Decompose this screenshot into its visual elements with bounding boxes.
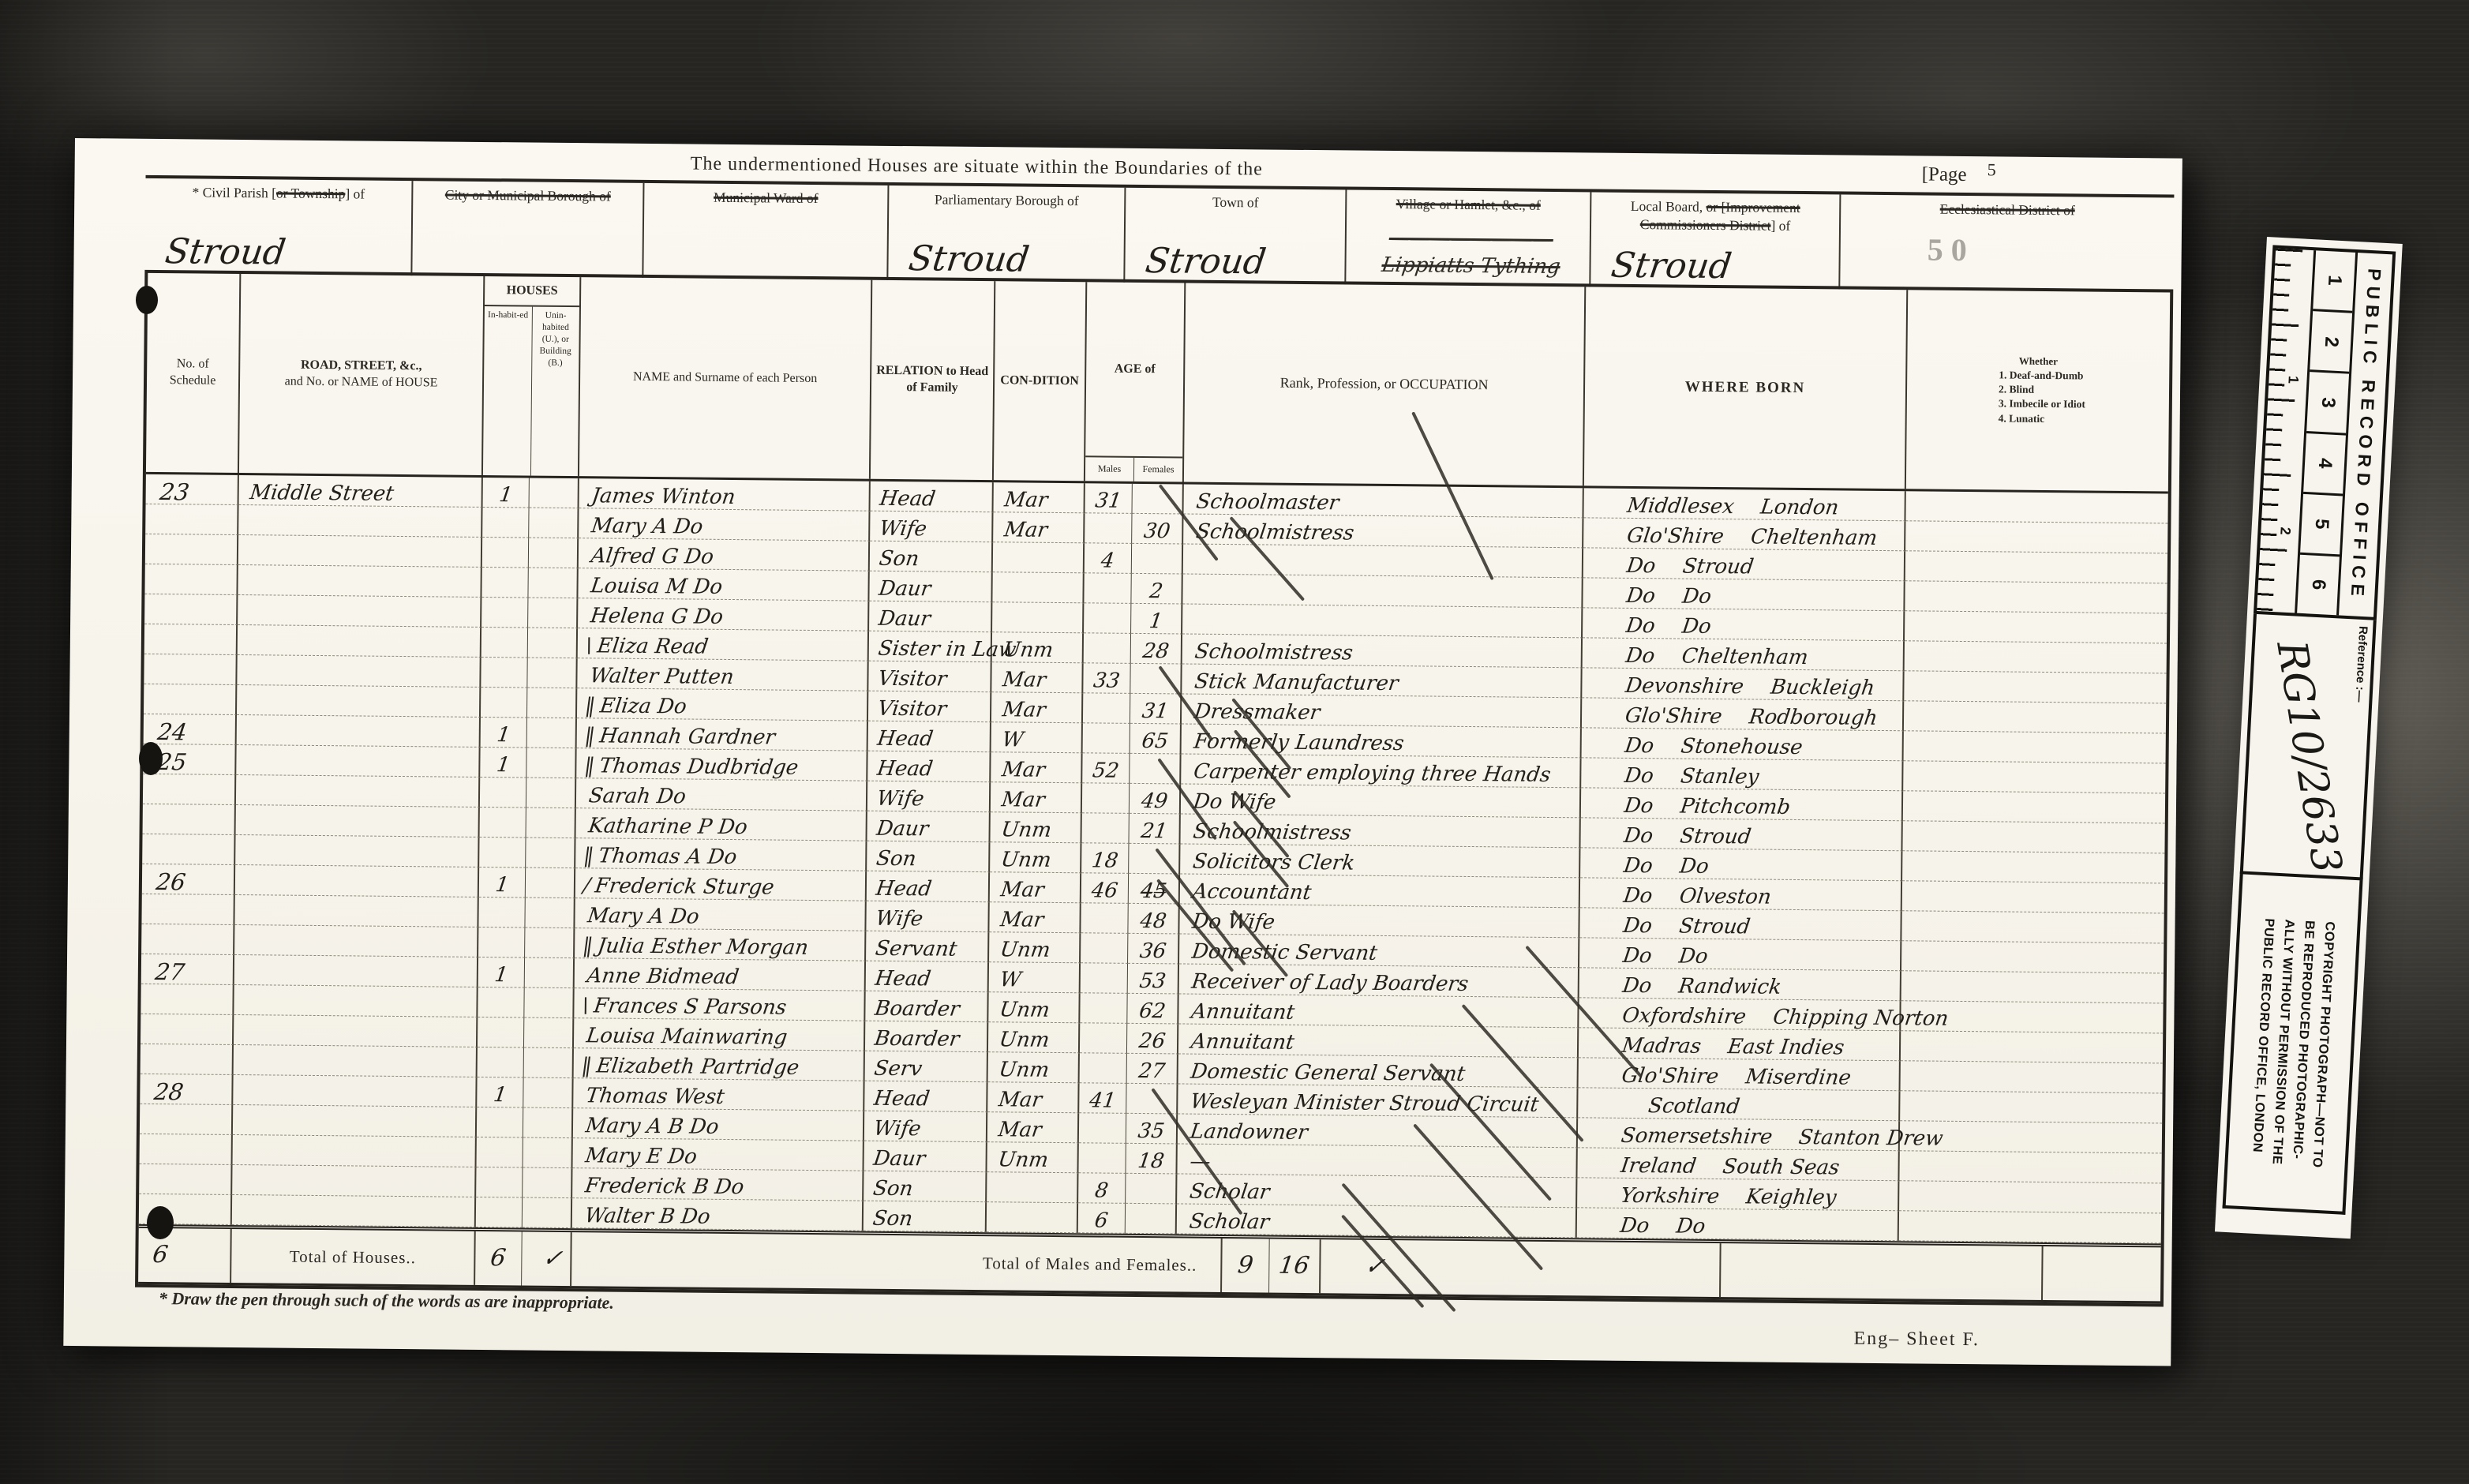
field-town: Town of Stroud xyxy=(1125,188,1347,285)
cell-inhabited xyxy=(481,688,527,718)
cell-age-male: 18 xyxy=(1081,843,1129,874)
cell-name: ‖Elizabeth Partridge xyxy=(574,1048,865,1081)
cell-age-female xyxy=(1126,1174,1177,1205)
cell-schedule xyxy=(140,1104,233,1135)
cell-uninhabited xyxy=(523,1168,572,1199)
total-houses-value: 6 xyxy=(475,1231,523,1286)
cell-occupation: Accountant xyxy=(1180,874,1580,908)
sheet-mark: Eng– Sheet F. xyxy=(1853,1328,1980,1351)
cell-uninhabited xyxy=(529,508,579,539)
pro-copyright-box: COPYRIGHT PHOTOGRAPH—NOT TO BE REPRODUCE… xyxy=(2223,874,2363,1215)
cell-where-born: DoDo xyxy=(1577,1208,1899,1241)
cell-where-born: MiddlesexLondon xyxy=(1583,488,1905,521)
cell-age-male xyxy=(1079,1113,1126,1144)
cell-age-female: 21 xyxy=(1129,814,1180,845)
cell-where-born: DoDo xyxy=(1580,848,1902,881)
cell-age-female: 48 xyxy=(1128,904,1179,935)
cell-inhabited: 1 xyxy=(481,718,527,748)
cell-name: Mary A Do xyxy=(575,898,866,931)
cell-where-born: DevonshireBuckleigh xyxy=(1582,668,1904,701)
cell-age-male xyxy=(1083,693,1130,724)
cell-uninhabited xyxy=(528,598,578,629)
total-houses-label: Total of Houses.. xyxy=(231,1229,476,1285)
cell-inhabited xyxy=(478,927,525,958)
field-ecclesiastical: Ecclesiastical District of xyxy=(1840,194,2174,292)
header-occupation: Rank, Profession, or OCCUPATION xyxy=(1184,283,1586,486)
local-board-value: Stroud xyxy=(1611,245,1731,287)
cell-inhabited xyxy=(481,568,528,598)
cell-uninhabited xyxy=(523,1198,572,1229)
cell-condition xyxy=(992,572,1084,603)
cell-condition: W xyxy=(991,722,1083,753)
cell-whether xyxy=(1903,761,2165,793)
cell-whether xyxy=(1904,701,2166,733)
cell-whether xyxy=(1902,851,2164,883)
cell-schedule xyxy=(140,1014,234,1045)
cell-relation: Boarder xyxy=(865,1021,988,1052)
cell-road xyxy=(238,625,481,658)
field-village: Village or Hamlet, &c., of ———————— Lipp… xyxy=(1346,189,1591,287)
cell-whether xyxy=(1901,941,2164,973)
punch-hole xyxy=(136,286,158,314)
total-houses-tick: ✓ xyxy=(522,1232,572,1287)
cell-age-female: 27 xyxy=(1127,1054,1178,1085)
cell-relation: Son xyxy=(864,1171,987,1202)
document-title: The undermentioned Houses are situate wi… xyxy=(691,153,1263,180)
cell-road xyxy=(234,1015,478,1047)
cell-where-born: DoStonehouse xyxy=(1582,728,1904,761)
cell-relation: Head xyxy=(866,961,989,992)
cell-occupation: Schoolmaster xyxy=(1183,485,1583,519)
cell-schedule: 26 xyxy=(142,864,235,895)
cell-relation: Boarder xyxy=(865,991,988,1022)
reference-value: RG10/2633 xyxy=(2267,638,2351,876)
field-parliamentary-borough: Parliamentary Borough of Stroud xyxy=(888,185,1126,283)
cell-age-male: 41 xyxy=(1079,1083,1126,1114)
cell-condition xyxy=(993,542,1085,573)
cell-occupation xyxy=(1182,575,1583,609)
cell-age-male xyxy=(1080,1053,1127,1084)
cell-road xyxy=(233,1135,477,1167)
cell-road xyxy=(237,655,481,688)
cell-name: Alfred G Do xyxy=(579,538,870,571)
cell-condition: Mar xyxy=(991,662,1083,693)
cell-age-male: 4 xyxy=(1085,543,1132,574)
town-value: Stroud xyxy=(1145,241,1265,282)
cell-schedule xyxy=(145,504,238,535)
cell-condition: Mar xyxy=(990,872,1081,903)
cell-road xyxy=(237,685,481,718)
cell-age-male xyxy=(1081,933,1128,964)
cell-age-male xyxy=(1080,1023,1127,1054)
cell-where-born: Glo'ShireRodborough xyxy=(1582,698,1904,731)
cell-uninhabited xyxy=(524,1048,574,1079)
cell-inhabited xyxy=(478,898,525,928)
header-houses: HOUSES In-habit-ed Unin-habited (U.), or… xyxy=(483,276,581,476)
cell-occupation: Landowner xyxy=(1178,1114,1578,1148)
cell-whether xyxy=(1900,1121,2162,1153)
cell-where-born: OxfordshireChipping Norton xyxy=(1579,998,1901,1031)
cell-relation: Head xyxy=(871,482,994,512)
cell-relation: Head xyxy=(867,751,991,782)
cell-road xyxy=(234,925,478,957)
cell-age-male xyxy=(1078,1143,1126,1174)
cell-whether xyxy=(1905,611,2167,643)
cell-occupation: Solicitors Clerk xyxy=(1180,844,1580,878)
cell-relation: Servant xyxy=(866,931,989,962)
cell-road xyxy=(234,895,478,927)
cell-age-male xyxy=(1080,993,1127,1024)
field-local-board: Local Board, or [ImprovementCommissioner… xyxy=(1590,192,1841,289)
cell-name: ‖Thomas A Do xyxy=(575,838,867,871)
cell-age-female: 1 xyxy=(1131,604,1182,635)
cell-road xyxy=(237,715,481,748)
cell-relation: Son xyxy=(870,542,993,572)
header-schedule: No. ofSchedule xyxy=(146,273,241,473)
cell-inhabited xyxy=(482,538,529,568)
cell-schedule: 23 xyxy=(146,474,239,505)
cell-uninhabited xyxy=(528,568,578,599)
cell-age-female: 62 xyxy=(1127,994,1178,1025)
cell-schedule xyxy=(143,804,236,835)
cell-uninhabited xyxy=(527,658,577,689)
cell-uninhabited xyxy=(523,1108,573,1139)
page-number: 5 xyxy=(1988,159,1996,179)
cell-inhabited xyxy=(481,628,528,658)
cell-inhabited xyxy=(476,1167,523,1198)
punch-hole xyxy=(139,742,163,775)
header-where-born: WHERE BORN xyxy=(1584,287,1908,489)
cell-age-female xyxy=(1132,544,1183,575)
cell-age-male xyxy=(1082,783,1130,814)
header-name: NAME and Surname of each Person xyxy=(579,277,872,479)
cell-schedule xyxy=(144,564,238,595)
pro-ruler: 1 2 1 2 3 4 5 6 PUBLIC RECORD OFFICE xyxy=(2254,245,2396,620)
cell-relation: Head xyxy=(867,871,990,902)
total-females: 16 xyxy=(1269,1239,1321,1294)
cell-relation: Daur xyxy=(869,601,992,632)
cell-road: Middle Street xyxy=(239,475,483,508)
table-header: No. ofSchedule ROAD, STREET, &c.,and No.… xyxy=(146,273,2170,494)
cell-relation: Visitor xyxy=(868,661,991,692)
cell-condition xyxy=(987,1172,1078,1203)
cell-road xyxy=(238,505,482,538)
cell-uninhabited xyxy=(526,808,576,839)
cell-where-born: DoStroud xyxy=(1579,908,1901,941)
cell-relation: Daur xyxy=(869,571,992,602)
cell-condition: Mar xyxy=(994,482,1085,513)
cell-uninhabited xyxy=(528,628,578,659)
cell-name: ‖Eliza Do xyxy=(577,688,868,721)
cell-inhabited: 1 xyxy=(477,1077,523,1108)
cell-age-female: 18 xyxy=(1126,1144,1177,1175)
cell-whether xyxy=(1905,581,2167,613)
pro-reference-strip: 1 2 1 2 3 4 5 6 PUBLIC RECORD OFFICE Ref… xyxy=(2215,237,2403,1239)
header-road: ROAD, STREET, &c.,and No. or NAME of HOU… xyxy=(239,274,485,475)
cell-whether xyxy=(1904,671,2166,703)
cell-where-born: DoStroud xyxy=(1580,818,1902,851)
cell-inhabited xyxy=(477,1137,523,1168)
cell-schedule xyxy=(140,1044,234,1075)
cell-road xyxy=(235,865,479,898)
table-body: 23 Middle Street 1 James Winton Head Mar… xyxy=(139,474,2168,1244)
cell-whether xyxy=(1903,791,2165,823)
cell-relation: Head xyxy=(868,721,991,752)
cell-road xyxy=(238,565,481,598)
cell-name: \Eliza Read xyxy=(578,628,869,661)
cell-road xyxy=(233,1105,477,1137)
cell-uninhabited xyxy=(527,688,577,719)
cell-age-male xyxy=(1081,903,1128,934)
cell-inhabited xyxy=(481,598,528,628)
cell-schedule xyxy=(140,984,234,1015)
cell-where-born: Glo'ShireCheltenham xyxy=(1583,518,1905,551)
cell-age-female xyxy=(1126,1204,1177,1235)
cell-uninhabited xyxy=(526,778,576,809)
cell-uninhabited xyxy=(523,1138,573,1169)
cell-condition: Mar xyxy=(989,902,1081,933)
cell-occupation: Schoolmistress xyxy=(1182,634,1583,668)
cell-road xyxy=(238,595,481,628)
cell-schedule: 28 xyxy=(140,1074,233,1105)
cell-whether xyxy=(1899,1151,2161,1183)
cell-schedule xyxy=(139,1164,232,1195)
parl-borough-value: Stroud xyxy=(909,238,1028,279)
enumeration-table: No. ofSchedule ROAD, STREET, &c.,and No.… xyxy=(135,270,2173,1307)
cell-name: Frederick B Do xyxy=(572,1168,864,1201)
cell-road xyxy=(232,1165,476,1197)
cell-relation: Wife xyxy=(870,512,993,542)
cell-inhabited xyxy=(482,508,529,538)
cell-inhabited: 1 xyxy=(480,748,526,778)
cell-where-born: IrelandSouth Seas xyxy=(1577,1148,1899,1181)
cell-name: Mary A B Do xyxy=(573,1108,864,1141)
cell-condition: Unm xyxy=(990,812,1081,843)
page-label: [Page5 xyxy=(1922,163,1996,186)
cell-where-born: DoStroud xyxy=(1583,548,1905,581)
cell-uninhabited xyxy=(525,898,575,929)
cell-name: Mary A Do xyxy=(579,508,870,542)
cell-age-male xyxy=(1085,513,1132,544)
cell-schedule xyxy=(144,654,237,685)
cell-condition: Mar xyxy=(991,782,1082,813)
cell-age-male xyxy=(1083,723,1130,754)
cell-road xyxy=(236,745,480,778)
cell-condition: W xyxy=(989,962,1081,993)
cell-inhabited xyxy=(477,1107,523,1138)
cell-whether xyxy=(1905,641,2167,673)
header-relation: RELATION to Head of Family xyxy=(871,280,995,480)
cell-condition: Unm xyxy=(989,932,1081,963)
cell-schedule xyxy=(142,834,235,865)
cell-age-female: 36 xyxy=(1128,934,1179,965)
cell-road xyxy=(234,955,478,987)
cell-condition: Unm xyxy=(987,1142,1078,1173)
cell-schedule xyxy=(145,534,238,565)
cell-where-born: DoDo xyxy=(1583,608,1905,641)
cell-inhabited xyxy=(479,838,526,868)
cell-relation: Wife xyxy=(864,1111,987,1142)
cell-where-born: YorkshireKeighley xyxy=(1577,1178,1899,1211)
cell-age-female: 2 xyxy=(1131,574,1182,605)
cell-inhabited xyxy=(480,778,526,808)
cell-schedule: 27 xyxy=(141,954,234,985)
cell-age-female: 65 xyxy=(1130,724,1182,755)
total-males-females-label: Total of Males and Females.. xyxy=(571,1232,1223,1292)
cell-condition: Mar xyxy=(987,1082,1079,1113)
cell-age-male: 52 xyxy=(1082,753,1130,784)
pro-reference-box: Reference :— RG10/2633 xyxy=(2240,614,2377,881)
cell-whether xyxy=(1905,551,2167,583)
cell-name: Walter Putten xyxy=(577,658,868,691)
reference-label: Reference :— xyxy=(2352,626,2370,703)
cell-inhabited xyxy=(478,1017,524,1048)
cell-condition xyxy=(992,602,1084,633)
cell-inhabited xyxy=(478,987,524,1018)
cell-age-female: 35 xyxy=(1126,1114,1178,1145)
cell-age-male: 46 xyxy=(1081,873,1129,904)
cell-relation: Sister in Law xyxy=(869,631,992,662)
cell-age-male: 8 xyxy=(1078,1173,1126,1204)
cell-where-born: DoCheltenham xyxy=(1583,638,1905,671)
cell-schedule xyxy=(141,924,234,955)
cell-inhabited xyxy=(481,658,527,688)
header-age-males: Males xyxy=(1085,457,1134,482)
cell-road xyxy=(236,805,480,838)
cell-name: Walter B Do xyxy=(572,1198,864,1231)
cell-name: ‖Hannah Gardner xyxy=(577,718,868,751)
cell-name: ‖Thomas Dudbridge xyxy=(576,748,867,781)
cell-whether xyxy=(1901,1031,2163,1063)
cell-occupation: Annuitant xyxy=(1178,1024,1579,1058)
cell-relation: Serv xyxy=(865,1051,988,1082)
cell-relation: Daur xyxy=(864,1141,987,1172)
cell-name: Louisa Mainwaring xyxy=(574,1018,865,1051)
cell-name: Helena G Do xyxy=(578,598,869,631)
cell-schedule xyxy=(144,684,237,715)
cell-age-female: 31 xyxy=(1130,694,1182,725)
cell-where-born: MadrasEast Indies xyxy=(1579,1028,1901,1061)
cell-occupation: Annuitant xyxy=(1178,994,1579,1028)
cell-whether xyxy=(1905,521,2167,553)
cell-schedule xyxy=(144,624,238,655)
cell-whether xyxy=(1899,1181,2161,1213)
cell-road xyxy=(234,1045,478,1077)
cell-uninhabited xyxy=(525,958,575,989)
cell-name: Thomas West xyxy=(573,1078,864,1111)
cell-inhabited: 1 xyxy=(479,868,526,898)
cell-age-male xyxy=(1081,813,1129,844)
cell-inhabited xyxy=(478,1047,524,1078)
cell-uninhabited xyxy=(530,478,579,509)
cell-age-male: 6 xyxy=(1078,1203,1126,1234)
cell-uninhabited xyxy=(529,538,579,569)
cell-age-female: 49 xyxy=(1130,784,1181,815)
header-condition: CON-DITION xyxy=(994,281,1087,481)
cell-occupation xyxy=(1182,604,1583,638)
cell-road xyxy=(232,1195,476,1227)
cell-whether xyxy=(1901,971,2164,1003)
cell-whether xyxy=(1901,1061,2163,1093)
footnote: * Draw the pen through such of the words… xyxy=(159,1288,614,1313)
cell-where-born: DoOlveston xyxy=(1580,878,1902,911)
header-age: AGE of Males Females xyxy=(1085,282,1186,482)
cell-name: /Frederick Sturge xyxy=(575,868,867,901)
cell-age-male xyxy=(1081,963,1128,994)
cell-where-born: Scotland xyxy=(1578,1088,1900,1121)
census-sheet: 50 The undermentioned Houses are situate… xyxy=(63,138,2182,1366)
cell-where-born: SomersetshireStanton Drew xyxy=(1578,1118,1900,1151)
civil-parish-value: Stroud xyxy=(165,231,285,272)
cell-condition: Mar xyxy=(991,752,1082,783)
cell-inhabited: 1 xyxy=(483,478,530,508)
cell-where-born: DoRandwick xyxy=(1579,968,1901,1001)
cell-schedule xyxy=(140,1134,233,1165)
cell-schedule xyxy=(143,774,236,805)
cell-uninhabited xyxy=(526,838,575,869)
field-civil-parish: * Civil Parish [or Township] of Stroud xyxy=(144,178,413,275)
cell-age-male xyxy=(1084,573,1131,604)
cell-relation: Head xyxy=(864,1081,987,1112)
cell-age-male xyxy=(1084,603,1131,634)
cell-condition: Unm xyxy=(988,1052,1080,1083)
cell-name: Anne Bidmead xyxy=(575,958,866,991)
cell-age-female: 26 xyxy=(1127,1024,1178,1055)
cell-condition: Mar xyxy=(987,1112,1079,1143)
cell-occupation: Scholar xyxy=(1177,1174,1577,1208)
copyright-text: COPYRIGHT PHOTOGRAPH—NOT TO BE REPRODUCE… xyxy=(2246,917,2339,1168)
cell-occupation: Carpenter employing three Hands xyxy=(1181,754,1581,788)
cell-uninhabited xyxy=(525,928,575,959)
cell-relation: Daur xyxy=(867,811,990,842)
field-ward: Municipal Ward of xyxy=(643,183,889,280)
cell-road xyxy=(233,1075,477,1107)
cell-age-female: 53 xyxy=(1128,964,1179,995)
cell-road xyxy=(235,835,479,868)
cell-occupation xyxy=(1183,545,1583,579)
cell-condition: Unm xyxy=(988,1022,1080,1053)
header-inhabited: In-habit-ed xyxy=(483,306,533,476)
cell-age-male: 31 xyxy=(1085,483,1132,514)
cell-condition: Unm xyxy=(990,842,1081,873)
cell-inhabited xyxy=(480,808,526,838)
field-borough: City or Municipal Borough of xyxy=(412,181,644,278)
cell-name: Mary E Do xyxy=(573,1138,864,1171)
cell-whether xyxy=(1902,881,2164,913)
cell-whether xyxy=(1905,491,2167,523)
cell-schedule: 24 xyxy=(144,714,237,745)
cell-inhabited: 1 xyxy=(478,957,525,988)
cell-uninhabited xyxy=(524,988,574,1019)
cell-whether xyxy=(1904,731,2166,763)
header-age-females: Females xyxy=(1134,458,1182,482)
cell-occupation: Wesleyan Minister Stroud Circuit xyxy=(1178,1084,1578,1118)
cell-whether xyxy=(1901,911,2164,943)
cell-age-male: 33 xyxy=(1083,663,1130,694)
punch-hole xyxy=(147,1206,174,1239)
cell-where-born: DoDo xyxy=(1579,938,1901,971)
header-whether: Whether 1. Deaf-and-Dumb 2. Blind 3. Imb… xyxy=(1906,290,2170,491)
cell-whether xyxy=(1902,821,2164,853)
cell-occupation: Stick Manufacturer xyxy=(1182,664,1582,698)
cell-uninhabited xyxy=(523,1078,573,1109)
cell-schedule xyxy=(144,594,238,625)
cell-name: Sarah Do xyxy=(576,778,867,811)
cell-relation: Wife xyxy=(867,781,991,812)
cell-occupation: Domestic Servant xyxy=(1179,934,1579,968)
cell-condition: Mar xyxy=(991,692,1083,723)
cell-age-male xyxy=(1084,633,1131,664)
